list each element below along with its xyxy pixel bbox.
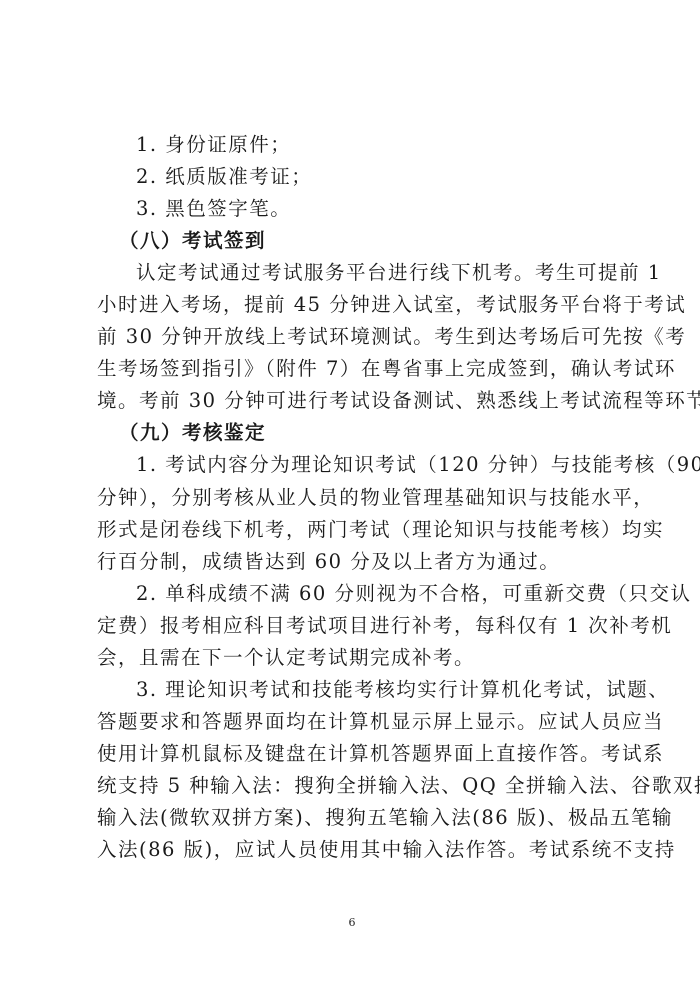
page-number: 6 <box>340 916 364 929</box>
text-line: 认定考试通过考试服务平台进行线下机考。考生可提前 1 <box>97 257 605 289</box>
text-line: 境。考前 30 分钟可进行考试设备测试、熟悉线上考试流程等环节。 <box>97 385 605 417</box>
text-line: 小时进入考场，提前 45 分钟进入试室，考试服务平台将于考试 <box>97 289 605 321</box>
text-line: 1. 考试内容分为理论知识考试（120 分钟）与技能考核（90 <box>97 449 605 481</box>
text-line: 统支持 5 种输入法：搜狗全拼输入法、QQ 全拼输入法、谷歌双拼 <box>97 770 605 802</box>
text-line: 前 30 分钟开放线上考试环境测试。考生到达考场后可先按《考 <box>97 321 605 353</box>
list-item-black-pen: 3. 黑色签字笔。 <box>97 193 605 225</box>
paragraph-assessment-item-1: 1. 考试内容分为理论知识考试（120 分钟）与技能考核（90 分钟），分别考核… <box>97 449 605 577</box>
text-line: 形式是闭卷线下机考，两门考试（理论知识与技能考核）均实 <box>97 514 605 546</box>
paragraph-assessment-item-3: 3. 理论知识考试和技能考核均实行计算机化考试，试题、 答题要求和答题界面均在计… <box>97 674 605 866</box>
text-line: 2. 单科成绩不满 60 分则视为不合格，可重新交费（只交认 <box>97 578 605 610</box>
text-line: 答题要求和答题界面均在计算机显示屏上显示。应试人员应当 <box>97 706 605 738</box>
paragraph-assessment-item-2: 2. 单科成绩不满 60 分则视为不合格，可重新交费（只交认 定费）报考相应科目… <box>97 578 605 674</box>
text-line: 分钟），分别考核从业人员的物业管理基础知识与技能水平， <box>97 482 605 514</box>
paragraph-exam-checkin: 认定考试通过考试服务平台进行线下机考。考生可提前 1 小时进入考场，提前 45 … <box>97 257 605 417</box>
section-heading-assessment: （九）考核鉴定 <box>97 417 605 449</box>
text-line: 入法(86 版)，应试人员使用其中输入法作答。考试系统不支持 <box>97 834 605 866</box>
text-line: 定费）报考相应科目考试项目进行补考，每科仅有 1 次补考机 <box>97 610 605 642</box>
text-line: 输入法(微软双拼方案)、搜狗五笔输入法(86 版)、极品五笔输 <box>97 802 605 834</box>
document-body: 1. 身份证原件； 2. 纸质版准考证； 3. 黑色签字笔。 （八）考试签到 认… <box>97 129 605 866</box>
document-page: 1. 身份证原件； 2. 纸质版准考证； 3. 黑色签字笔。 （八）考试签到 认… <box>0 0 700 990</box>
section-heading-exam-checkin: （八）考试签到 <box>97 225 605 257</box>
text-line: 生考场签到指引》（附件 7）在粤省事上完成签到，确认考试环 <box>97 353 605 385</box>
list-item-id-card: 1. 身份证原件； <box>97 129 605 161</box>
text-line: 行百分制，成绩皆达到 60 分及以上者方为通过。 <box>97 546 605 578</box>
text-line: 会，且需在下一个认定考试期完成补考。 <box>97 642 605 674</box>
text-line: 使用计算机鼠标及键盘在计算机答题界面上直接作答。考试系 <box>97 738 605 770</box>
list-item-admission-ticket: 2. 纸质版准考证； <box>97 161 605 193</box>
text-line: 3. 理论知识考试和技能考核均实行计算机化考试，试题、 <box>97 674 605 706</box>
